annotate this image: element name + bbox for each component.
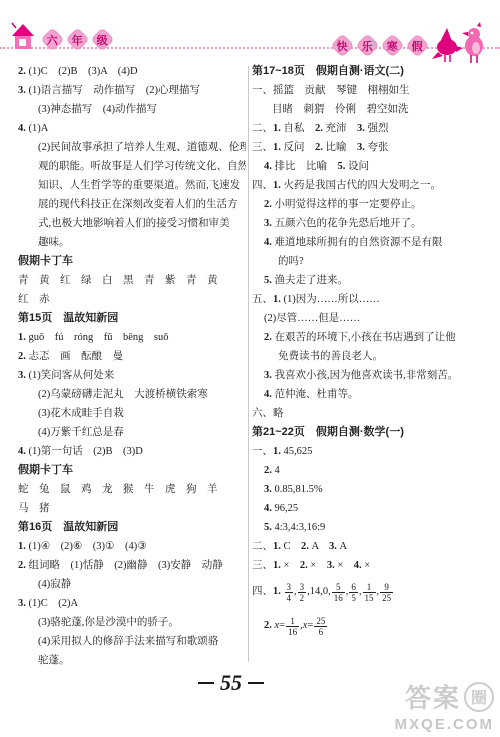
- answer-line: 的吗?: [252, 252, 496, 271]
- section-header: 假期卡丁车: [18, 252, 246, 271]
- section-header: 第17~18页 假期自测·语文(二): [252, 62, 496, 81]
- answer-line: (4)万紫千红总是春: [18, 423, 246, 442]
- holiday-badge: 假: [405, 33, 429, 57]
- answer-line: 展的现代科技正在深刻改变着人们的生活方: [18, 195, 246, 214]
- watermark-title: 答案 圈: [395, 678, 494, 715]
- answer-line: (2)乌蒙磅礴走泥丸 大渡桥横铁索寒: [18, 385, 246, 404]
- holiday-badge: 寒: [380, 33, 404, 57]
- answer-line: 马 猪: [18, 499, 246, 518]
- answer-line: 二、1. 自私 2. 充沛 3. 强烈: [252, 119, 496, 138]
- answer-line: 1. (1)④ (2)⑥ (3)① (4)③: [18, 537, 246, 556]
- answer-line: 4. 范仲淹、杜甫等。: [252, 385, 496, 404]
- answer-line: 3. (1)C (2)A: [18, 594, 246, 613]
- grade-badge: 年: [65, 27, 89, 51]
- answer-line: 知识、人生哲学等的重要渠道。然而,飞速发: [18, 176, 246, 195]
- grade-banner: 六年级: [10, 28, 115, 50]
- answer-line: 5. 渔夫走了进来。: [252, 271, 496, 290]
- column-divider: [248, 66, 249, 662]
- fraction: 115: [363, 582, 376, 604]
- answer-line: 三、1. × 2. × 3. × 4. ×: [252, 556, 496, 575]
- answer-line: (2)民间故事承担了培养人生观、道德观、伦理: [18, 138, 246, 157]
- answer-line: 六、略: [252, 404, 496, 423]
- answer-line: 4. 难道地球所拥有的自然资源不是有限: [252, 233, 496, 252]
- answer-line: (4)寂静: [18, 575, 246, 594]
- birds-icon: [432, 22, 486, 64]
- answer-line: 趣味。: [18, 233, 246, 252]
- left-column: 2. (1)C (2)B (3)A (4)D3. (1)语言描写 动作描写 (2…: [18, 62, 246, 670]
- fraction: 925: [380, 582, 393, 604]
- answer-line: 一、摇篮 贡献 琴键 栩栩如生: [252, 81, 496, 100]
- page-header: 六年级 快乐寒假: [0, 26, 500, 66]
- fraction: 516: [332, 582, 345, 604]
- answer-line: 免费读书的善良老人。: [252, 347, 496, 366]
- holiday-badge-group: 快乐寒假: [330, 37, 430, 54]
- answer-key-page: 六年级 快乐寒假: [0, 0, 500, 737]
- answer-line: 观的职能。听故事是人们学习传统文化、自然: [18, 157, 246, 176]
- answer-line: 驼蓬。: [18, 651, 246, 670]
- fraction: 65: [349, 582, 358, 604]
- answer-line: 四、1. 火药是我国古代的四大发明之一。: [252, 176, 496, 195]
- content-area: 2. (1)C (2)B (3)A (4)D3. (1)语言描写 动作描写 (2…: [0, 62, 500, 737]
- answer-line: 3. (1)语言描写 动作描写 (2)心理描写: [18, 81, 246, 100]
- watermark-logo-circle: 圈: [464, 682, 494, 712]
- answer-line: 4. 96,25: [252, 499, 496, 518]
- answer-line: 2. 4: [252, 461, 496, 480]
- page-number: 55: [198, 670, 264, 696]
- answer-line: 蛇 兔 鼠 鸡 龙 猴 牛 虎 狗 羊: [18, 480, 246, 499]
- answer-line: 4. (1)第一句话 (2)B (3)D: [18, 442, 246, 461]
- answer-line: 五、1. (1)因为……所以……: [252, 290, 496, 309]
- answer-line: 2. 在艰苦的环境下,小孩在书店遇到了让他: [252, 328, 496, 347]
- section-header: 第16页 温故知新园: [18, 518, 246, 537]
- answer-line: 2. 忐忑 画 酝酿 曼: [18, 347, 246, 366]
- fraction: 34: [285, 582, 294, 604]
- section-header: 第21~22页 假期自测·数学(一): [252, 423, 496, 442]
- section-header: 假期卡丁车: [18, 461, 246, 480]
- answer-line: 3. 0.85,81.5%: [252, 480, 496, 499]
- house-icon: [10, 22, 36, 50]
- answer-line: 2. 组词略 (1)恬静 (2)幽静 (3)安静 动静: [18, 556, 246, 575]
- answer-line: 2. (1)C (2)B (3)A (4)D: [18, 62, 246, 81]
- answer-line: (3)骆驼蓬,你是沙漠中的骄子。: [18, 613, 246, 632]
- section-header: 第15页 温故知新园: [18, 309, 246, 328]
- answer-line: 青 黄 红 绿 白 黑 青 紫 青 黄: [18, 271, 246, 290]
- answer-line: 一、1. 45,625: [252, 442, 496, 461]
- answer-line: 2. 小明觉得这样的事一定要停止。: [252, 195, 496, 214]
- holiday-banner: 快乐寒假: [330, 26, 486, 64]
- fraction: 32: [298, 582, 307, 604]
- answer-line: 四、1. 34,32,14,0,516,65,115,925: [252, 575, 496, 609]
- answer-line: 3. (1)笑问客从何处来: [18, 366, 246, 385]
- grade-badge: 六: [40, 27, 64, 51]
- page-number-value: 55: [220, 670, 242, 696]
- answer-line: 2. x=116,x=256: [252, 609, 496, 643]
- answer-line: 4. (1)A: [18, 119, 246, 138]
- answer-line: 三、1. 反问 2. 比喻 3. 夸张: [252, 138, 496, 157]
- answer-line: 1. guō fú róng fū bēng suǒ: [18, 328, 246, 347]
- fraction: 256: [314, 616, 327, 638]
- watermark-site: MXQE.COM: [395, 716, 494, 733]
- grade-badge: 级: [90, 27, 114, 51]
- answer-line: (3)神态描写 (4)动作描写: [18, 100, 246, 119]
- answer-line: 红 赤: [18, 290, 246, 309]
- watermark: 答案 圈 MXQE.COM: [395, 678, 494, 733]
- fraction: 116: [286, 616, 299, 638]
- answer-line: 4. 排比 比喻 5. 设问: [252, 157, 496, 176]
- answer-line: 目睹 刺猬 伶俐 碧空如洗: [252, 100, 496, 119]
- holiday-badge: 快: [330, 33, 354, 57]
- right-column: 第17~18页 假期自测·语文(二)一、摇篮 贡献 琴键 栩栩如生目睹 刺猬 伶…: [252, 62, 496, 643]
- answer-line: (4)采用拟人的修辞手法来描写和歌颂骆: [18, 632, 246, 651]
- answer-line: 二、1. C 2. A 3. A: [252, 537, 496, 556]
- answer-line: 3. 我喜欢小孩,因为他喜欢读书,非常刻苦。: [252, 366, 496, 385]
- grade-badge-group: 六年级: [40, 31, 115, 48]
- answer-line: (3)花木成畦手自栽: [18, 404, 246, 423]
- page-number-dash: [198, 682, 214, 684]
- answer-line: 5. 4:3,4:3,16:9: [252, 518, 496, 537]
- watermark-title-text: 答案: [405, 678, 461, 715]
- page-number-dash: [248, 682, 264, 684]
- answer-line: 式,也极大地影响着人们的接受习惯和审美: [18, 214, 246, 233]
- holiday-badge: 乐: [355, 33, 379, 57]
- answer-line: 3. 五颜六色的花争先恐后地开了。: [252, 214, 496, 233]
- answer-line: (2)尽管……但是……: [252, 309, 496, 328]
